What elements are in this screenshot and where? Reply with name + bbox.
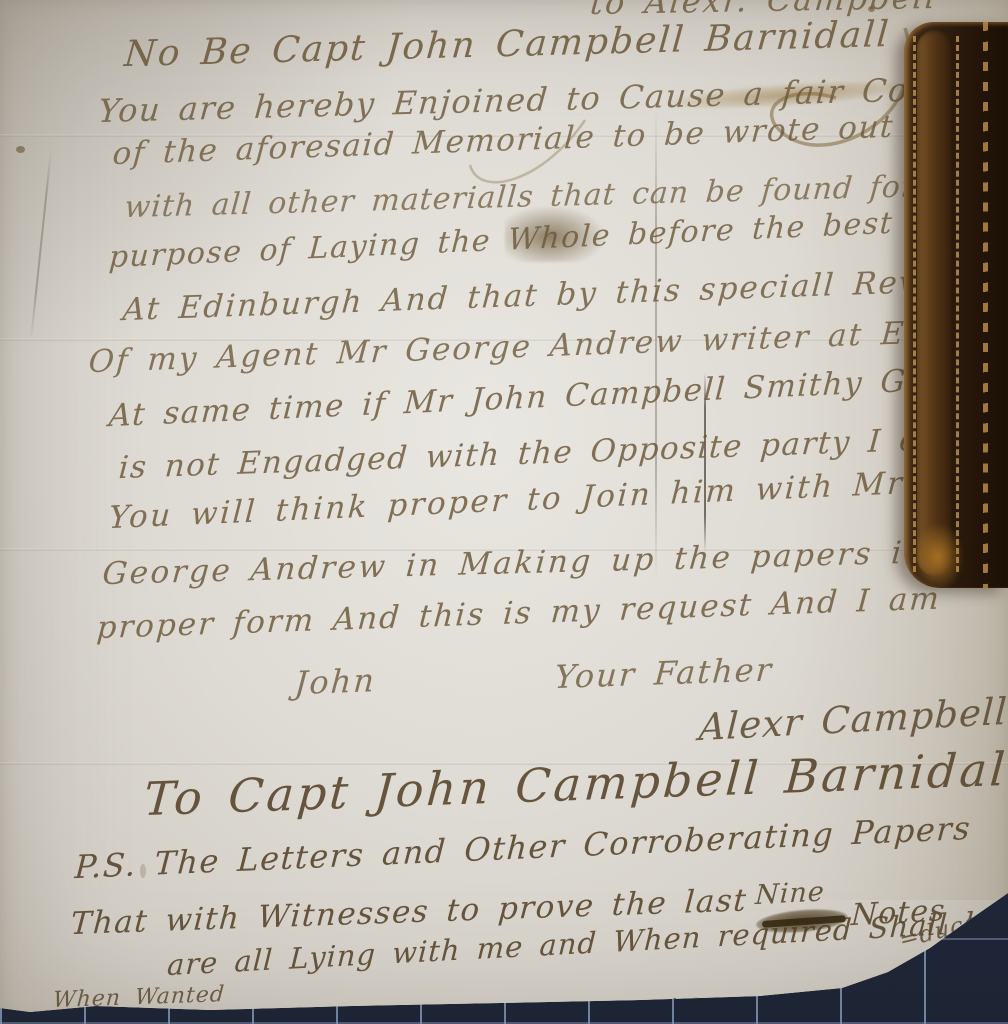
leather-corner-highlight (912, 522, 964, 592)
ink-speck (16, 146, 25, 153)
manuscript-page: to Alexr. CampbellNo Be Capt John Campbe… (0, 0, 1008, 1024)
stitch-zigzag (983, 22, 988, 588)
manuscript-line: John (293, 661, 377, 702)
leather-book-spine (904, 22, 1008, 588)
stitch-line-left (913, 36, 916, 572)
photo-scene: to Alexr. CampbellNo Be Capt John Campbe… (0, 0, 1008, 1024)
leather-strap (917, 30, 953, 576)
manuscript-line: Your Father (553, 650, 774, 696)
manuscript-line: Nine (754, 876, 825, 911)
stitch-line-right (956, 36, 959, 572)
